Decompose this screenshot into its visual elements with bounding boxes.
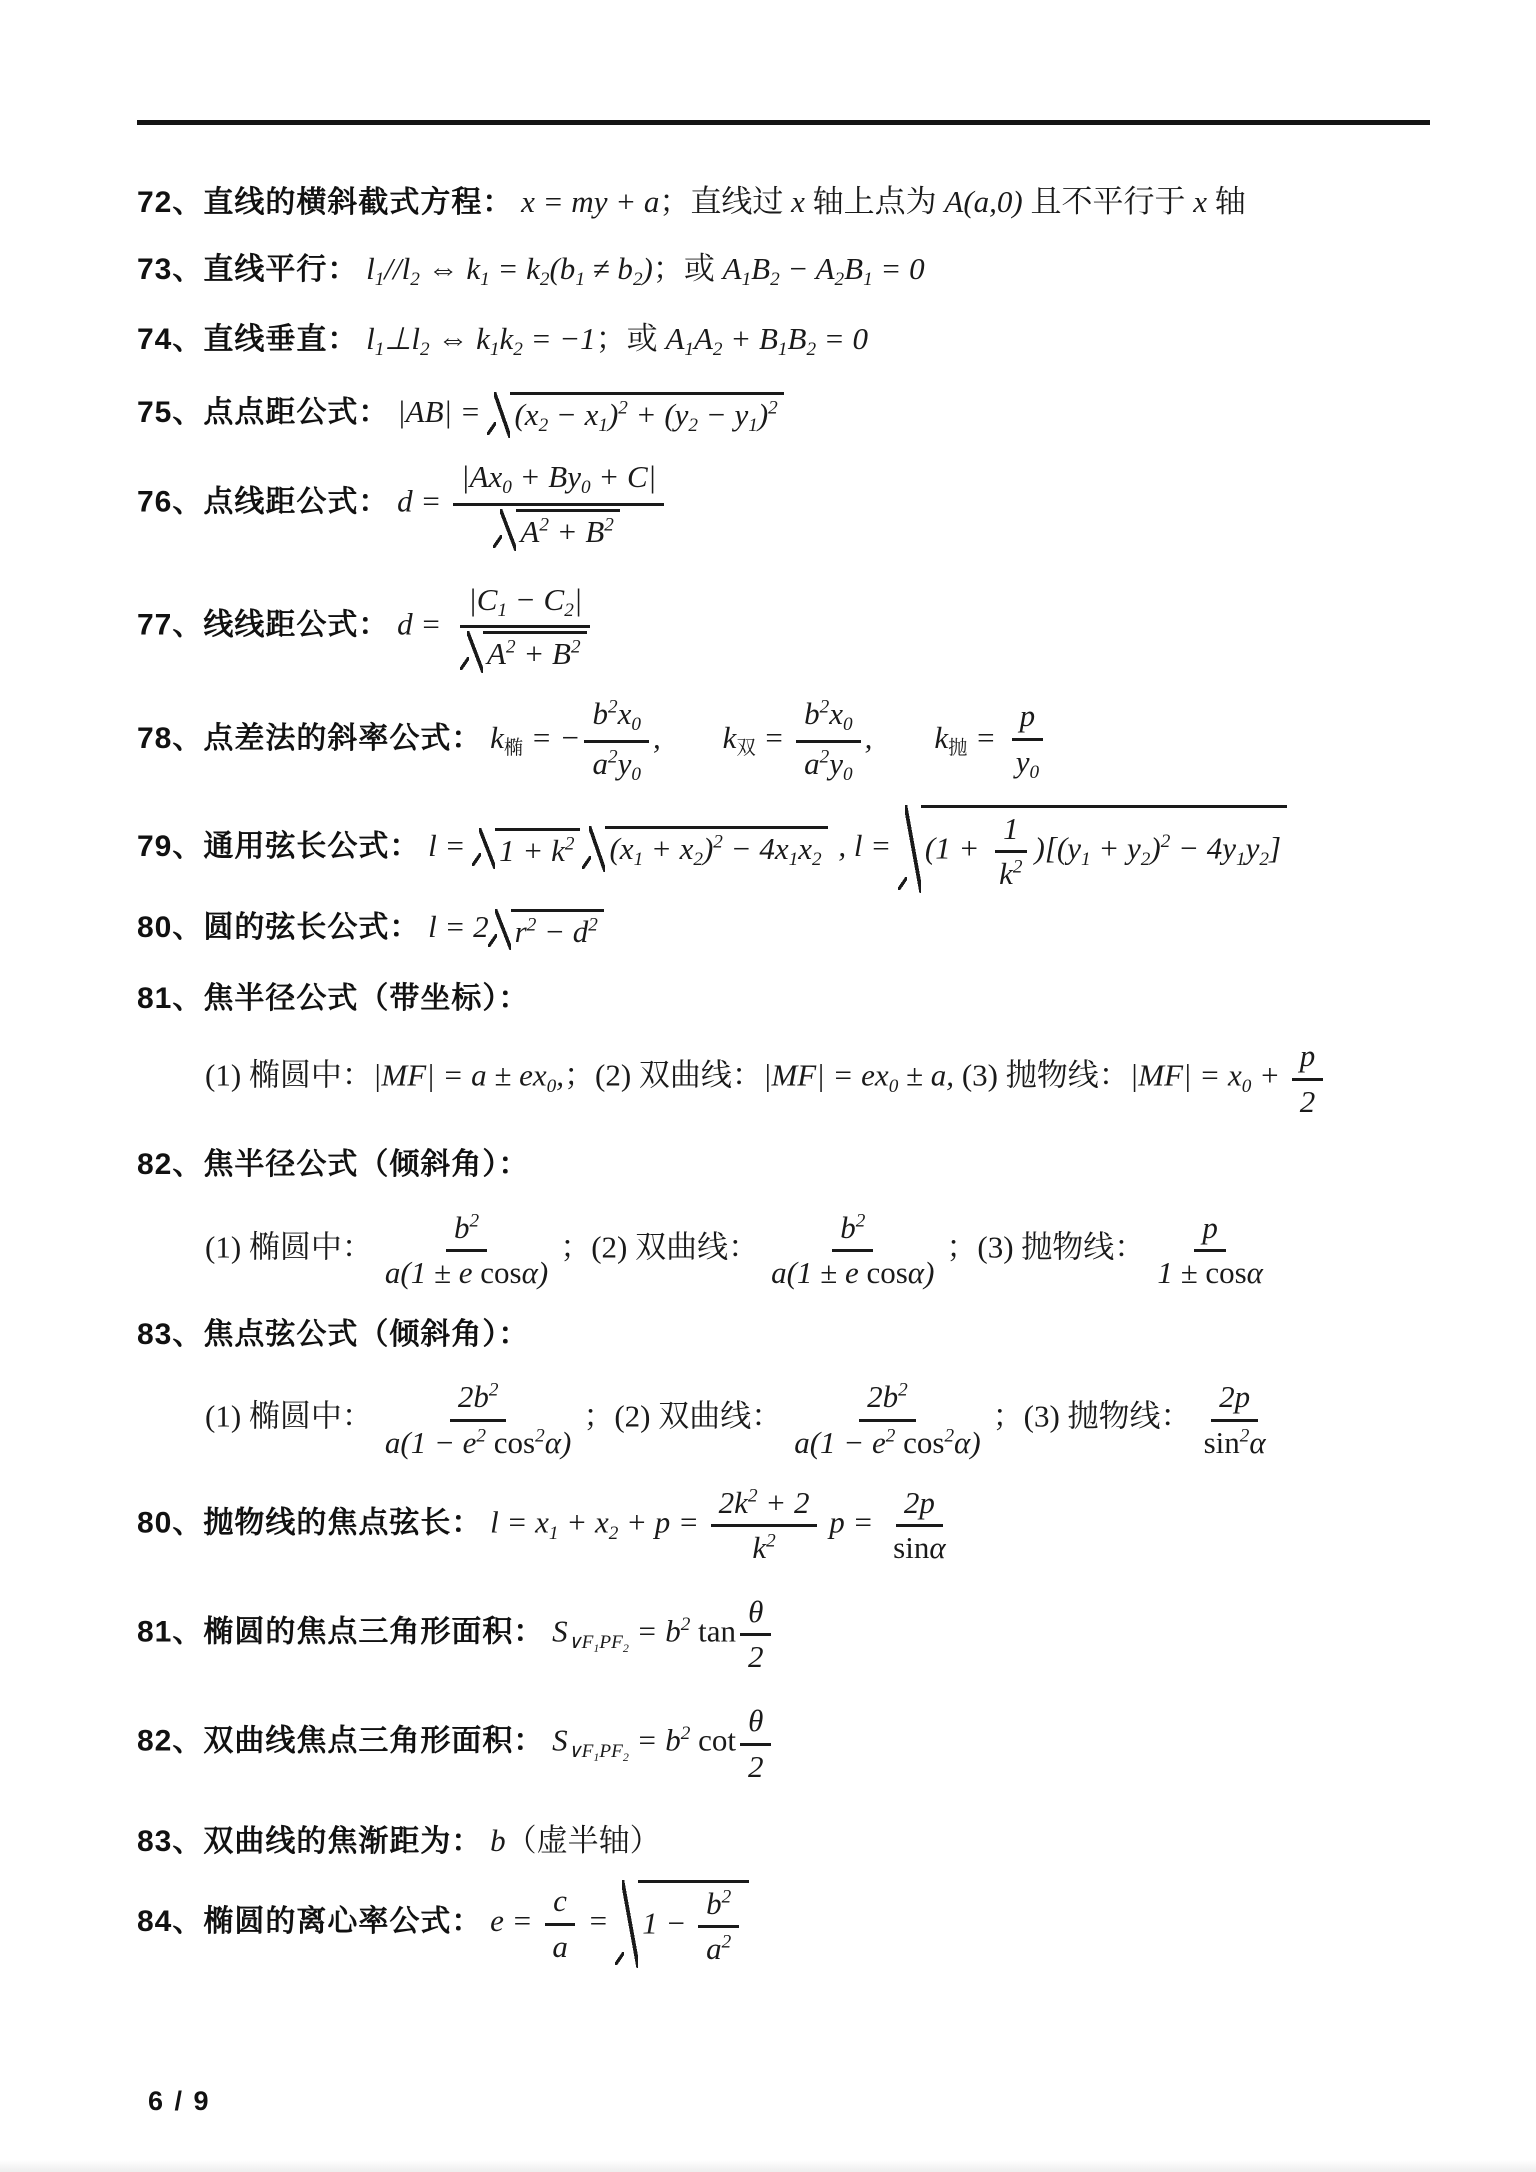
item-72-line-slope-intercept-x-form: 72、直线的横斜截式方程： x = my + a；直线过 x 轴上点为 A(a,…	[137, 184, 1497, 221]
item-79-general-chord-length: 79、通用弦长公式： l = 1 + k2(x1 + x2)2 − 4x1x2 …	[137, 805, 1497, 893]
page-bottom-edge	[0, 2160, 1536, 2172]
item-73-parallel-lines: 73、直线平行： l1//l2 ⇔ k1 = k2(b1 ≠ b2)；或 A1B…	[137, 251, 1497, 292]
page-number: 6 / 9	[148, 2086, 211, 2117]
item-83b-hyperbola-focal-asymptote-distance: 83、双曲线的焦渐距为： b（虚半轴）	[137, 1823, 1497, 1860]
formula-list: 72、直线的横斜截式方程： x = my + a；直线过 x 轴上点为 A(a,…	[137, 150, 1497, 1968]
item-82-focal-radius-inclination-cases: (1) 椭圆中：b2a(1 ± e cosα)；(2) 双曲线：b2a(1 ± …	[205, 1209, 1497, 1292]
item-83-focal-chord-inclination-title: 83、焦点弦公式（倾斜角）：	[137, 1316, 1497, 1353]
item-74-perpendicular-lines: 74、直线垂直： l1⊥l2 ⇔ k1k2 = −1；或 A1A2 + B1B2…	[137, 321, 1497, 362]
item-81-focal-radius-coordinate-title: 81、焦半径公式（带坐标）：	[137, 980, 1497, 1017]
item-75-point-point-distance: 75、点点距公式： |AB| = (x2 − x1)2 + (y2 − y1)2	[137, 392, 1497, 438]
item-76-point-line-distance: 76、点线距公式： d = |Ax0 + By0 + C|A2 + B2	[137, 458, 1497, 550]
item-77-line-line-distance: 77、线线距公式： d = |C1 − C2|A2 + B2	[137, 581, 1497, 673]
item-82-focal-radius-inclination-title: 82、焦半径公式（倾斜角）：	[137, 1146, 1497, 1183]
item-83-focal-chord-inclination-cases: (1) 椭圆中：2b2a(1 − e2 cos2α)；(2) 双曲线：2b2a(…	[205, 1378, 1497, 1461]
header-rule	[137, 120, 1430, 125]
item-78-point-difference-slope: 78、点差法的斜率公式： k椭 = −b2x0a2y0, k双 = b2x0a2…	[137, 695, 1497, 787]
item-81b-ellipse-focal-triangle-area: 81、椭圆的焦点三角形面积： S∨F1PF2 = b2 tanθ2	[137, 1593, 1497, 1676]
item-80b-parabola-focal-chord-length: 80、抛物线的焦点弦长： l = x1 + x2 + p = 2k2 + 2k2…	[137, 1484, 1497, 1567]
document-page: 72、直线的横斜截式方程： x = my + a；直线过 x 轴上点为 A(a,…	[0, 0, 1536, 2172]
item-82b-hyperbola-focal-triangle-area: 82、双曲线焦点三角形面积： S∨F1PF2 = b2 cotθ2	[137, 1702, 1497, 1785]
item-81-focal-radius-coordinate-cases: (1) 椭圆中：|MF| = a ± ex0,；(2) 双曲线：|MF| = e…	[205, 1037, 1497, 1120]
item-84-ellipse-eccentricity: 84、椭圆的离心率公式： e = ca = 1 − b2a2	[137, 1880, 1497, 1968]
item-80-circle-chord-length: 80、圆的弦长公式： l = 2r2 − d2	[137, 909, 1497, 951]
